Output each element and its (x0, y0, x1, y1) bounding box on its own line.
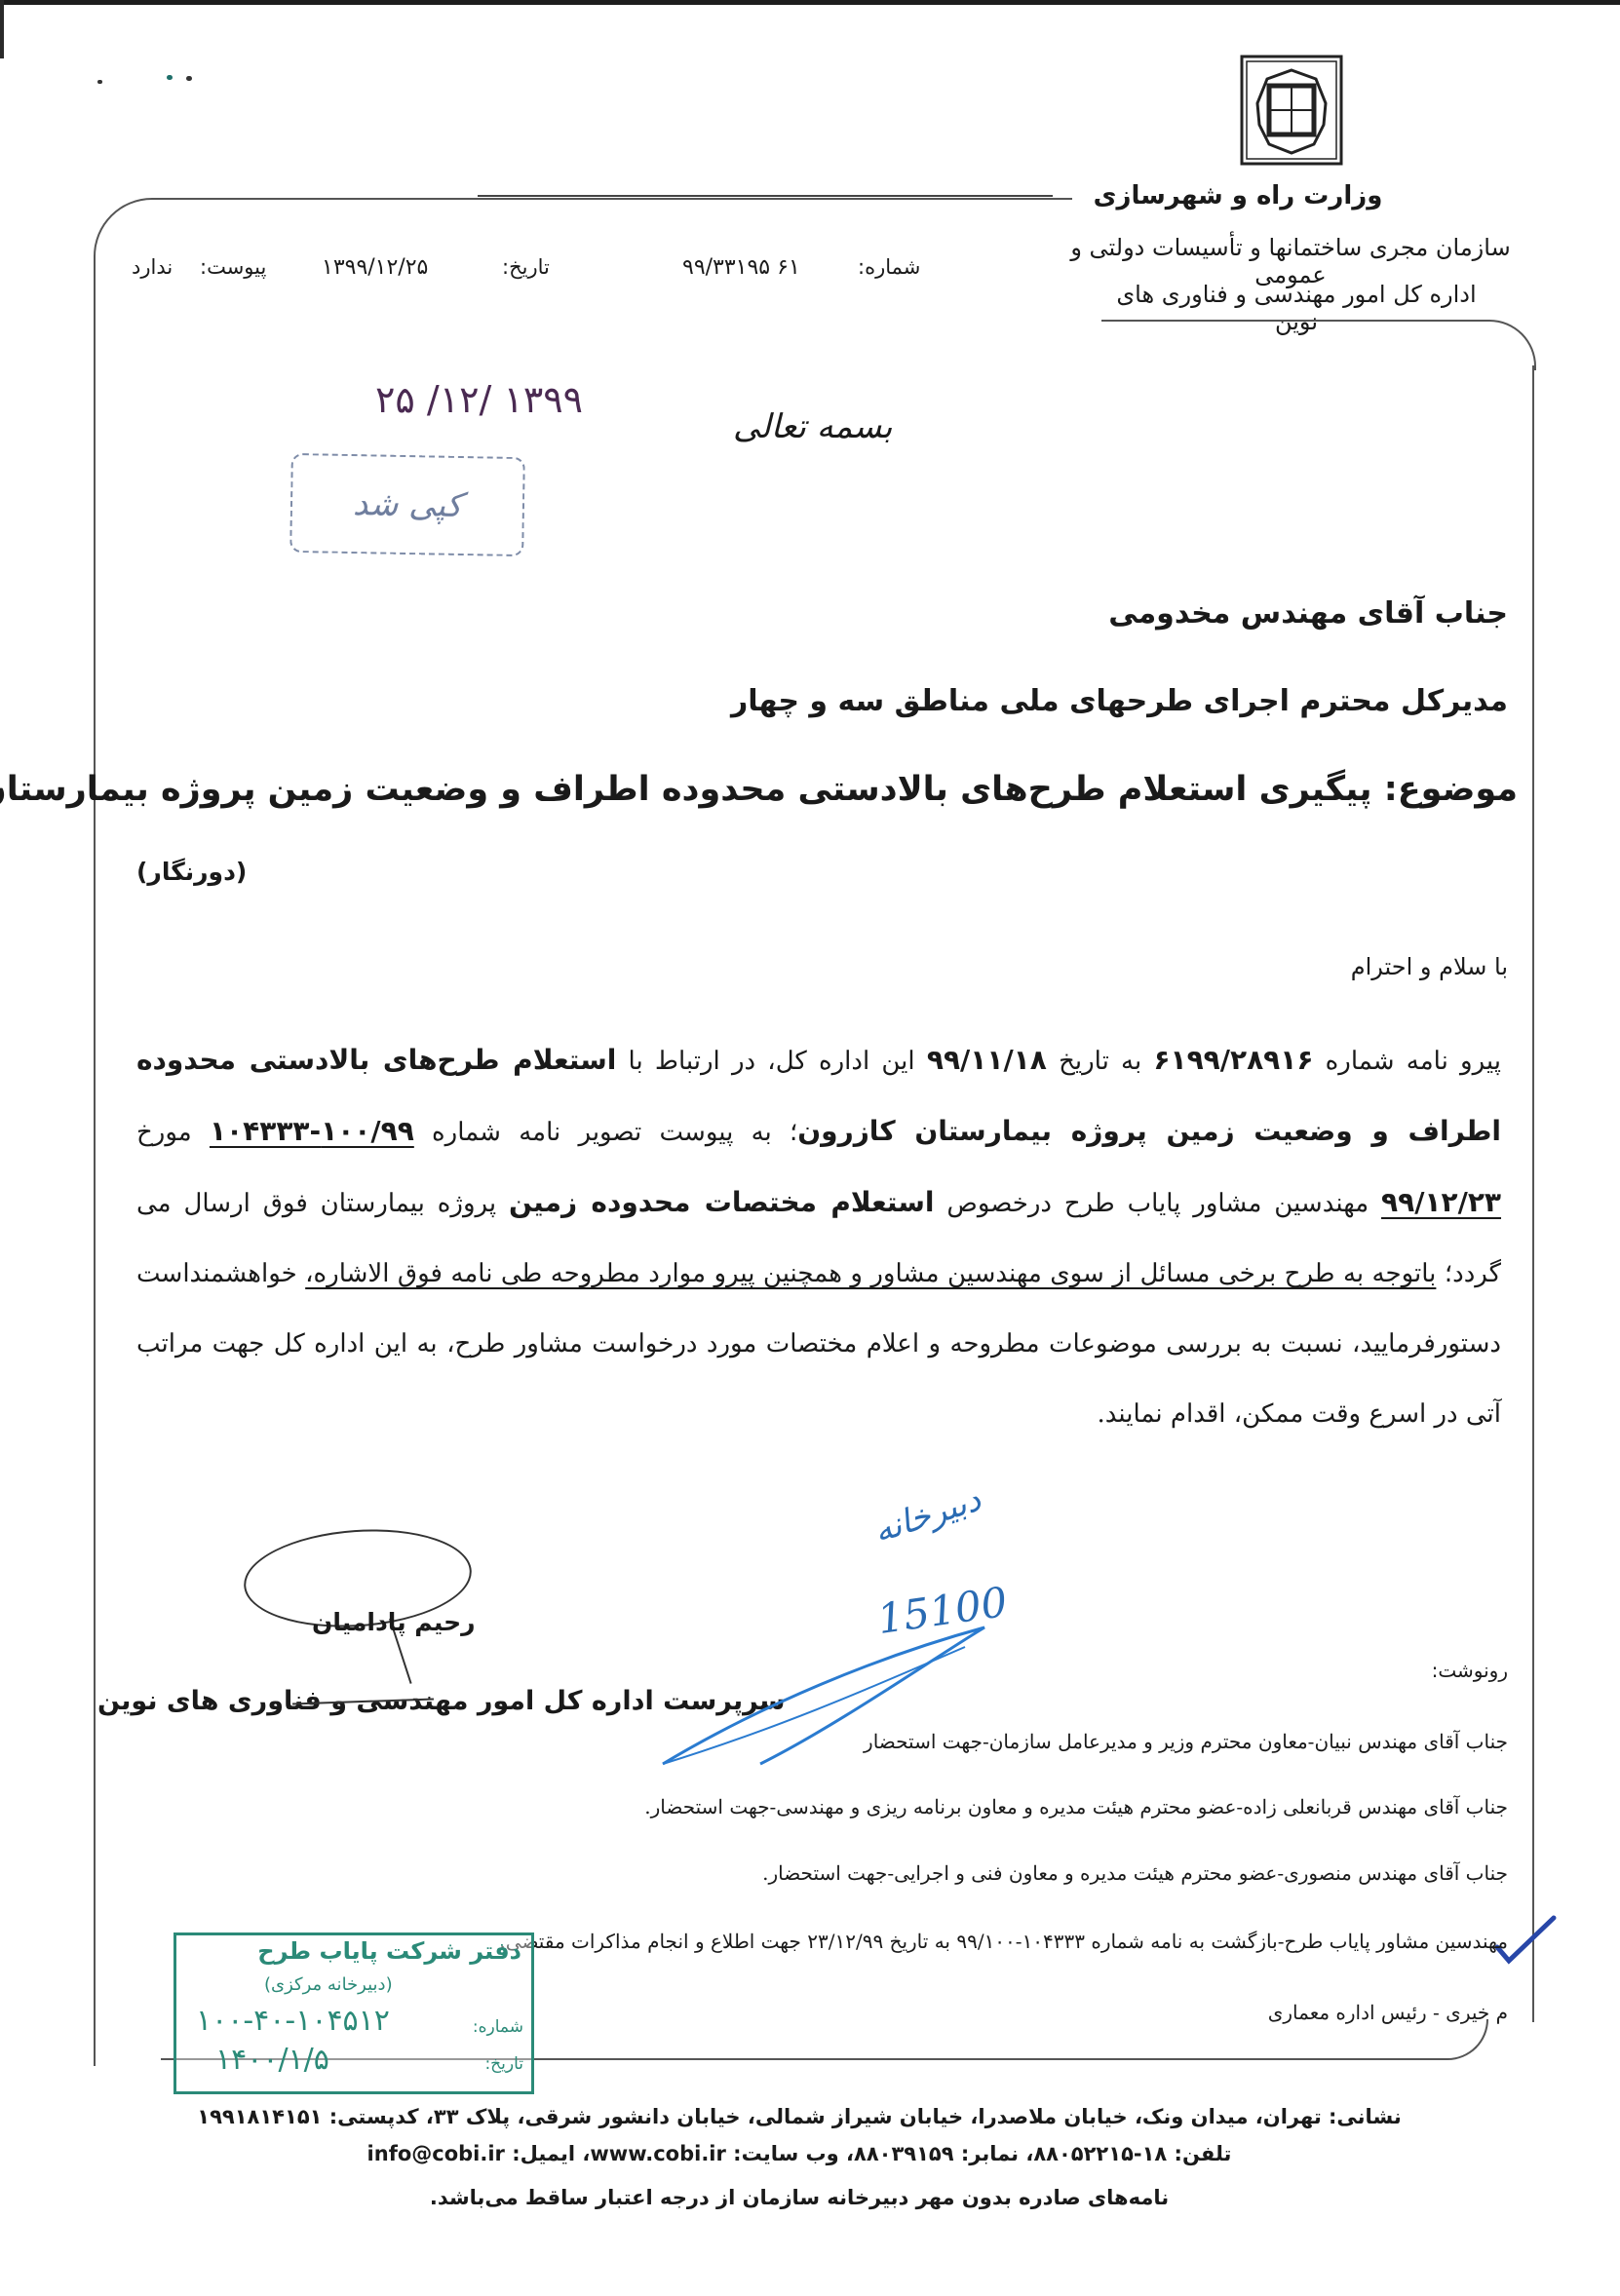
attachment-letter-date: ۹۹/۱۲/۲۳ (1381, 1186, 1501, 1218)
cc-item: م خیری - رئیس اداره معماری (1268, 2001, 1508, 2024)
cc-item: جناب آقای مهندس نبیان-معاون محترم وزیر و… (864, 1730, 1508, 1753)
body-topic-2: استعلام مختصات محدوده زمین (509, 1186, 935, 1218)
copied-stamp-text: کپی شد (353, 484, 463, 525)
signatory-name: رحیم پادامیان (312, 1608, 476, 1636)
body-text: به تاریخ (1047, 1047, 1154, 1076)
handwritten-note: دبیرخانه (869, 1480, 986, 1551)
transmission-mode: (دورنگار) (136, 858, 247, 886)
attachment-value: ندارد (132, 255, 173, 279)
received-date: ۱۴۰۰/۱/۵ (215, 2043, 329, 2077)
greeting: با سلام و احترام (1351, 953, 1508, 980)
reference-date: ۹۹/۱۱/۱۸ (927, 1044, 1047, 1076)
scan-edge-left (0, 0, 4, 58)
letter-subject: موضوع: پیگیری استعلام طرح‌های بالادستی م… (0, 770, 1518, 809)
body-text: مهندسین مشاور پایاب طرح درخصوص (935, 1189, 1382, 1218)
letter-body: پیرو نامه شماره ۶۱۹۹/۲۸۹۱۶ به تاریخ ۹۹/۱… (136, 1025, 1501, 1449)
ministry-emblem-icon (1240, 55, 1343, 166)
letter-frame-left (94, 255, 96, 2066)
body-text: این اداره کل، در ارتباط با (616, 1047, 927, 1076)
date-label: تاریخ: (502, 255, 550, 279)
cc-label: رونوشت: (1432, 1659, 1508, 1682)
attachment-letter-number: ۱۰۰/۹۹-۱۰۴۳۳۳ (210, 1115, 414, 1147)
header-rule (478, 195, 1053, 197)
ministry-name: وزارت راه و شهرسازی (1072, 181, 1404, 210)
body-underlined: باتوجه به طرح برخی مسائل از سوی مهندسین … (305, 1259, 1436, 1288)
received-date-label: تاریخ: (484, 2054, 523, 2074)
footer-note: نامه‌های صادره بدون مهر دبیرخانه سازمان … (195, 2186, 1404, 2209)
letter-date: ۱۳۹۹/۱۲/۲۵ (322, 255, 428, 280)
body-text: ؛ به پیوست تصویر نامه شماره (414, 1118, 797, 1147)
invocation: بسمه تعالی (733, 407, 892, 446)
footer-contact: تلفن: ۱۸-۸۸۰۵۲۲۱۵، نمابر: ۸۸۰۳۹۱۵۹، وب س… (195, 2142, 1404, 2165)
reference-number: ۶۱۹۹/۲۸۹۱۶ (1153, 1044, 1313, 1076)
addressee-title: مدیرکل محترم اجرای طرحهای ملی مناطق سه و… (731, 684, 1508, 718)
letter-number: ۶۱ ۹۹/۳۳۱۹۵ (682, 255, 800, 280)
received-stamp: دفتر شرکت پایاب طرح (دبیرخانه مرکزی) شما… (174, 1932, 534, 2094)
received-number: ۱۰۰-۴۰-۱۰۴۵۱۲ (196, 2004, 390, 2038)
copied-stamp: کپی شد (289, 453, 525, 556)
letter-frame-top-right (1101, 320, 1536, 370)
letter-frame-top (94, 198, 1072, 258)
received-number-label: شماره: (473, 2017, 523, 2037)
handwritten-date: ۱۳۹۹ /۱۲/ ۲۵ (375, 378, 583, 421)
footer-address: نشانی: تهران، میدان ونک، خیابان ملاصدرا،… (195, 2105, 1404, 2128)
number-label: شماره: (858, 255, 920, 279)
attachment-label: پیوست: (200, 255, 266, 279)
cc-item: جناب آقای مهندس منصوری-عضو محترم هیئت مد… (762, 1861, 1508, 1885)
body-text: پیرو نامه شماره (1313, 1047, 1501, 1076)
scan-artifact (93, 72, 210, 86)
body-text: مورخ (136, 1118, 210, 1147)
received-stamp-title: دفتر شرکت پایاب طرح (257, 1937, 521, 1965)
scan-edge-top (0, 0, 1620, 5)
cc-item: جناب آقای مهندس قربانعلی زاده-عضو محترم … (644, 1795, 1508, 1818)
cc-item: مهندسین مشاور پایاب طرح-بازگشت به نامه ش… (499, 1930, 1508, 1953)
received-stamp-subtitle: (دبیرخانه مرکزی) (264, 1974, 393, 1995)
letter-frame-right (1532, 365, 1534, 2022)
addressee-name: جناب آقای مهندس مخدومی (1108, 596, 1508, 631)
